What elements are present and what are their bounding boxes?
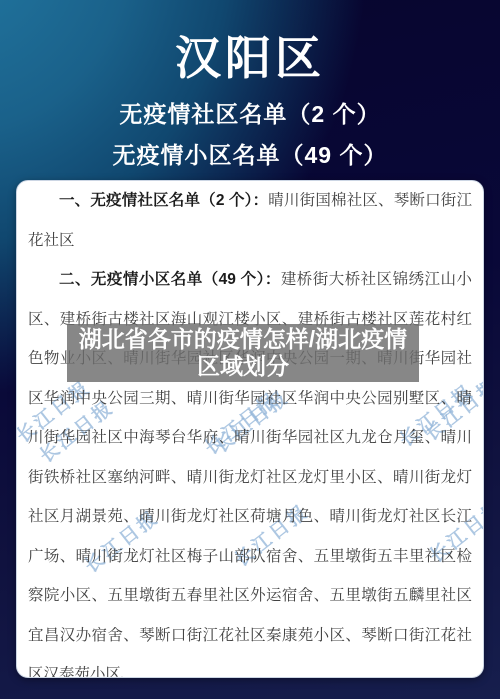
subtitle-community-count: 无疫情社区名单（2 个） xyxy=(0,101,500,127)
no-epidemic-list-text: 一、无疫情社区名单（2 个）：晴川街国棉社区、琴断口街江花社区 二、无疫情小区名… xyxy=(17,181,483,678)
caption-text: 湖北省各市的疫情怎样/湖北疫情区域划分 xyxy=(79,326,407,379)
estate-list-paragraph: 二、无疫情小区名单（49 个）：建桥街大桥社区锦绣江山小区、建桥街古楼社区海山观… xyxy=(28,260,472,678)
community-list-label: 一、无疫情社区名单（2 个）： xyxy=(59,192,268,209)
subtitle-estate-count: 无疫情小区名单（49 个） xyxy=(0,142,500,168)
estate-list-label: 二、无疫情小区名单（49 个）： xyxy=(59,271,281,288)
list-panel: 长江日报 长江日报 长江日报 长江日报 长江日报 长江日报 长江日报 长江日报 … xyxy=(16,180,484,678)
community-list-paragraph: 一、无疫情社区名单（2 个）：晴川街国棉社区、琴断口街江花社区 xyxy=(28,181,472,260)
district-title: 汉阳区 xyxy=(0,32,500,84)
caption-overlay: 湖北省各市的疫情怎样/湖北疫情区域划分 xyxy=(67,324,419,382)
